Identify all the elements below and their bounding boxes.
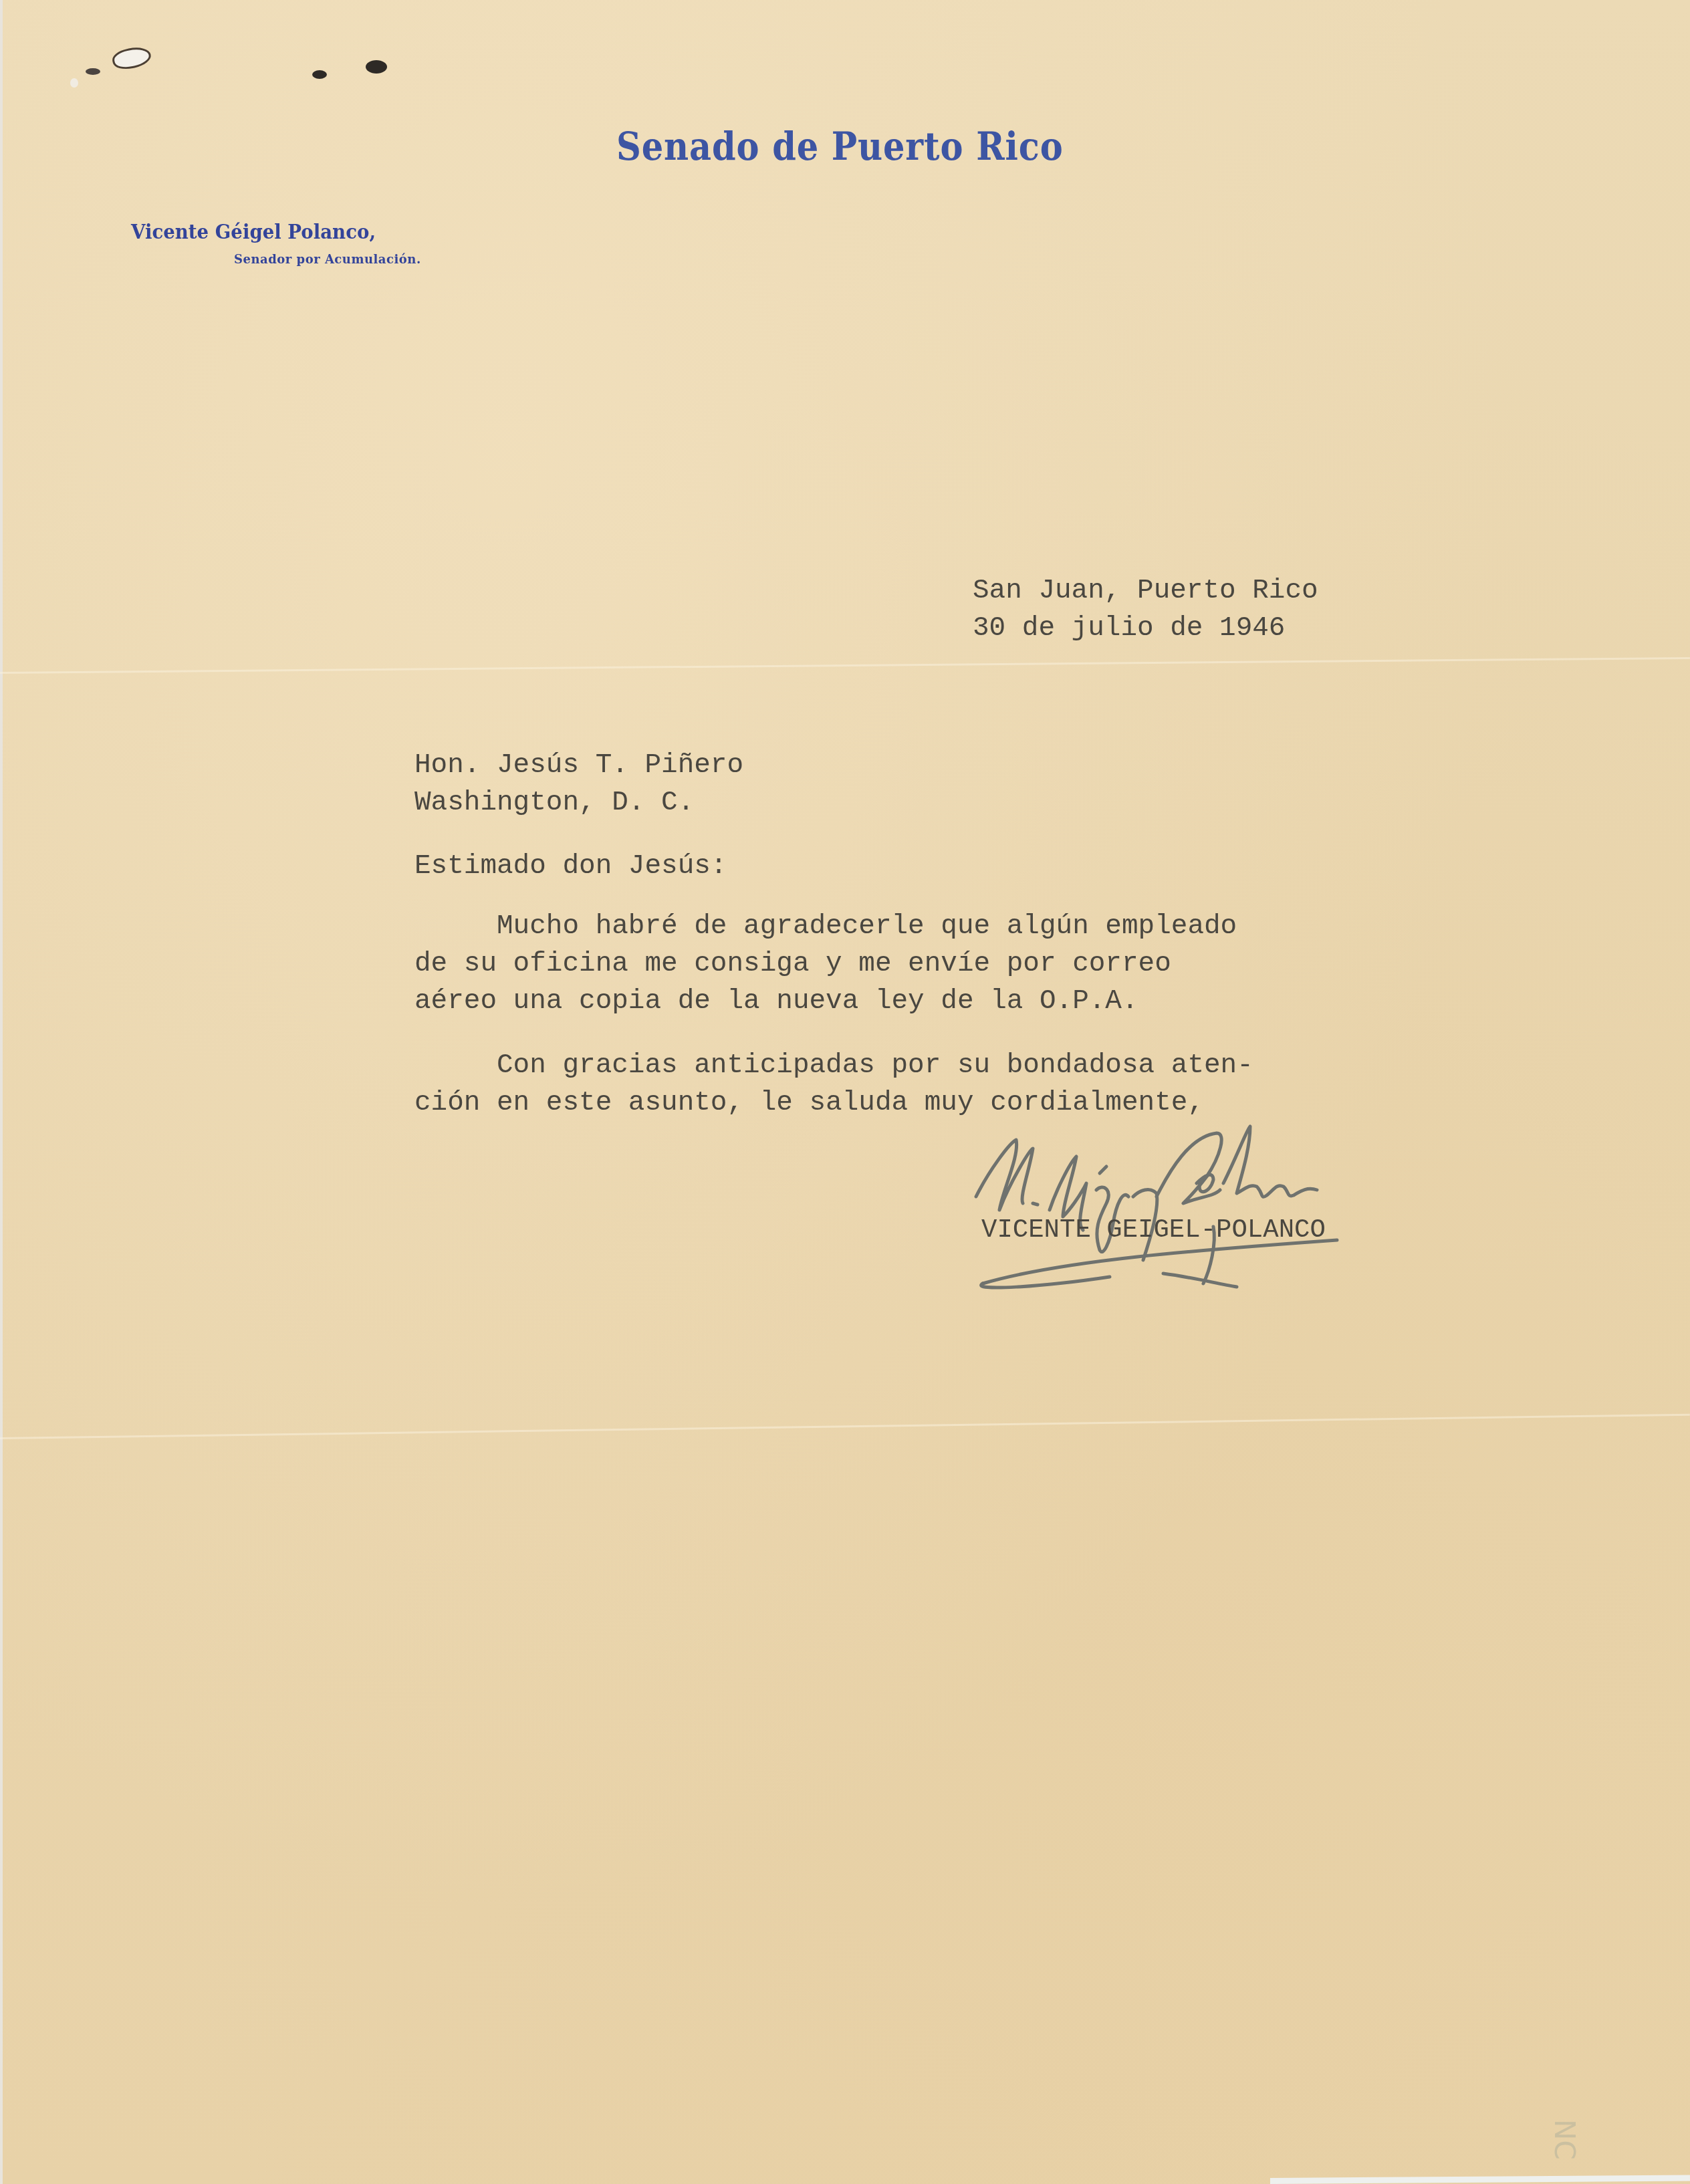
body-line: Con gracias anticipadas por su bondadosa…	[414, 1047, 1253, 1084]
ink-blot	[312, 70, 327, 79]
ink-blot	[86, 68, 100, 75]
letterhead-title: Senado de Puerto Rico	[616, 124, 1064, 169]
recipient-name: Hon. Jesús T. Piñero	[414, 747, 743, 784]
punch-hole	[70, 78, 78, 88]
recipient-block: Hon. Jesús T. PiñeroWashington, D. C.	[414, 747, 743, 822]
body-line: Mucho habré de agradecerle que algún emp…	[414, 908, 1237, 945]
body-paragraph-1: Mucho habré de agradecerle que algún emp…	[414, 908, 1237, 1020]
place-date-block: San Juan, Puerto Rico30 de julio de 1946	[973, 572, 1318, 647]
date-line: 30 de julio de 1946	[973, 610, 1318, 647]
recipient-address: Washington, D. C.	[414, 784, 743, 822]
salutation: Estimado don Jesús:	[414, 848, 727, 885]
paper-edge	[0, 0, 3, 2184]
body-line: aéreo una copia de la nueva ley de la O.…	[414, 983, 1237, 1020]
letterhead-sender-name: Vicente Géigel Polanco,	[131, 221, 376, 244]
body-paragraph-2: Con gracias anticipadas por su bondadosa…	[414, 1047, 1253, 1122]
letterhead-sender-title: Senador por Acumulación.	[234, 253, 421, 267]
ink-blot	[366, 60, 387, 74]
handwritten-signature	[963, 1116, 1444, 1297]
typed-signature-name: VICENTE GEIGEL-POLANCO	[981, 1211, 1326, 1249]
place-line: San Juan, Puerto Rico	[973, 572, 1318, 610]
archive-pencil-mark: NC	[1548, 2119, 1581, 2160]
body-line: de su oficina me consiga y me envíe por …	[414, 945, 1237, 983]
